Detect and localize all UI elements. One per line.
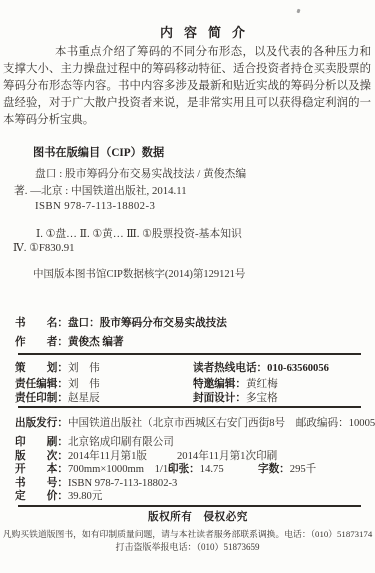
planner-label: 策 划： bbox=[15, 363, 68, 374]
publisher-row: 出版发行：中国铁道出版社（北京市西城区右安门西街8号 邮政编码：100054） bbox=[15, 417, 375, 430]
cip-title-line-2: 著. —北京 : 中国铁道出版社, 2014.11 bbox=[14, 185, 187, 198]
guest-editor-label: 特邀编辑： bbox=[193, 379, 246, 390]
staff-row-editor: 责任编辑：刘 伟 特邀编辑：黄红梅 bbox=[15, 378, 375, 391]
book-author-row: 作 者：黄俊杰 编著 bbox=[15, 336, 375, 349]
format-value: 700mm×1000mm 1/16 bbox=[68, 464, 173, 475]
staff-row-print-supervisor: 责任印制：赵星辰 封面设计：多宝格 bbox=[15, 392, 375, 405]
divider-rule-2 bbox=[18, 406, 361, 408]
cip-record-number: 中国版本图书馆CIP数据核字(2014)第129121号 bbox=[33, 268, 245, 281]
cip-heading: 图书在版编目（CIP）数据 bbox=[33, 146, 164, 160]
reader-hotline-value: 010-63560056 bbox=[267, 363, 329, 374]
format-label: 开 本： bbox=[15, 464, 68, 475]
divider-rule-3 bbox=[18, 505, 361, 507]
printer-row: 印 刷：北京铭成印刷有限公司 bbox=[15, 436, 375, 449]
quality-exchange-notice: 凡购买铁道版图书，如有印制质量问题，请与本社读者服务部联系调换。电话：（010）… bbox=[0, 527, 375, 540]
price-label: 定 价： bbox=[15, 491, 68, 502]
printed-sheets-value: 14.75 bbox=[200, 464, 224, 475]
editor-label: 责任编辑： bbox=[15, 379, 68, 390]
book-title-row: 书 名：盘口：股市筹码分布交易实战技法 bbox=[15, 317, 375, 330]
staff-row-planner: 策 划：刘 伟 读者热线电话：010-63560056 bbox=[15, 362, 375, 375]
content-summary-paragraph: 本书重点介绍了筹码的不同分布形态，以及代表的各种压力和支撑大小、主力操盘过程中的… bbox=[3, 44, 371, 129]
book-copyright-page: 内容简介 本书重点介绍了筹码的不同分布形态，以及代表的各种压力和支撑大小、主力操… bbox=[0, 0, 375, 573]
word-count-label: 字数： bbox=[258, 464, 290, 475]
printed-sheets-label: 印张： bbox=[168, 464, 200, 475]
price-row: 定 价：39.80元 bbox=[15, 490, 375, 503]
cover-design-label: 封面设计： bbox=[193, 393, 246, 404]
printed-sheets: 印张：14.75 bbox=[168, 463, 224, 476]
word-count: 字数：295千 bbox=[258, 463, 316, 476]
isbn-row: 书 号：ISBN 978-7-113-18802-3 bbox=[15, 477, 375, 490]
cip-classification-line-1: Ⅰ. ①盘… Ⅱ. ①黄… Ⅲ. ①股票投资-基本知识 bbox=[36, 228, 242, 241]
printing-run-value: 2014年11月第1次印刷 bbox=[177, 450, 277, 463]
cip-title-line-1: 盘口 : 股市筹码分布交易实战技法 / 黄俊杰编 bbox=[35, 168, 246, 181]
publisher-label: 出版发行： bbox=[15, 418, 68, 429]
price-value: 39.80元 bbox=[68, 491, 102, 502]
publisher-value: 中国铁道出版社（北京市西城区右安门西街8号 邮政编码：100054） bbox=[68, 418, 375, 429]
print-supervisor-value: 赵星辰 bbox=[68, 393, 100, 404]
editor-value: 刘 伟 bbox=[68, 379, 100, 390]
anti-piracy-hotline: 打击盗版举报电话：（010）51873659 bbox=[0, 540, 375, 553]
isbn-value: ISBN 978-7-113-18802-3 bbox=[68, 478, 177, 489]
guest-editor-value: 黄红梅 bbox=[246, 379, 278, 390]
guest-editor: 特邀编辑：黄红梅 bbox=[193, 378, 278, 391]
printer-label: 印 刷： bbox=[15, 437, 68, 448]
copyright-notice-title: 版权所有 侵权必究 bbox=[148, 511, 248, 524]
edition-value: 2014年11月第1版 bbox=[68, 451, 147, 462]
print-supervisor-label: 责任印制： bbox=[15, 393, 68, 404]
isbn-label: 书 号： bbox=[15, 478, 68, 489]
divider-rule-1 bbox=[18, 353, 361, 355]
planner-value: 刘 伟 bbox=[68, 363, 100, 374]
book-title-label: 书 名： bbox=[15, 318, 68, 329]
edition-row: 版 次：2014年11月第1版 2014年11月第1次印刷 bbox=[15, 450, 375, 463]
scan-speck-artifact bbox=[296, 9, 300, 14]
reader-hotline-label: 读者热线电话： bbox=[193, 363, 267, 374]
book-author-label: 作 者： bbox=[15, 337, 68, 348]
cip-isbn-line: ISBN 978-7-113-18802-3 bbox=[35, 200, 155, 213]
cip-classification-line-2: Ⅳ. ①F830.91 bbox=[13, 242, 75, 255]
book-title-value: 盘口：股市筹码分布交易实战技法 bbox=[68, 318, 227, 329]
format-row: 开 本：700mm×1000mm 1/16 印张：14.75 字数：295千 bbox=[15, 463, 375, 476]
content-summary-title: 内容简介 bbox=[160, 25, 256, 41]
reader-hotline: 读者热线电话：010-63560056 bbox=[193, 362, 329, 375]
edition-label: 版 次： bbox=[15, 451, 68, 462]
cover-design-value: 多宝格 bbox=[246, 393, 278, 404]
word-count-value: 295千 bbox=[290, 464, 316, 475]
printer-value: 北京铭成印刷有限公司 bbox=[68, 437, 174, 448]
cover-design: 封面设计：多宝格 bbox=[193, 392, 278, 405]
book-author-value: 黄俊杰 编著 bbox=[68, 337, 124, 348]
